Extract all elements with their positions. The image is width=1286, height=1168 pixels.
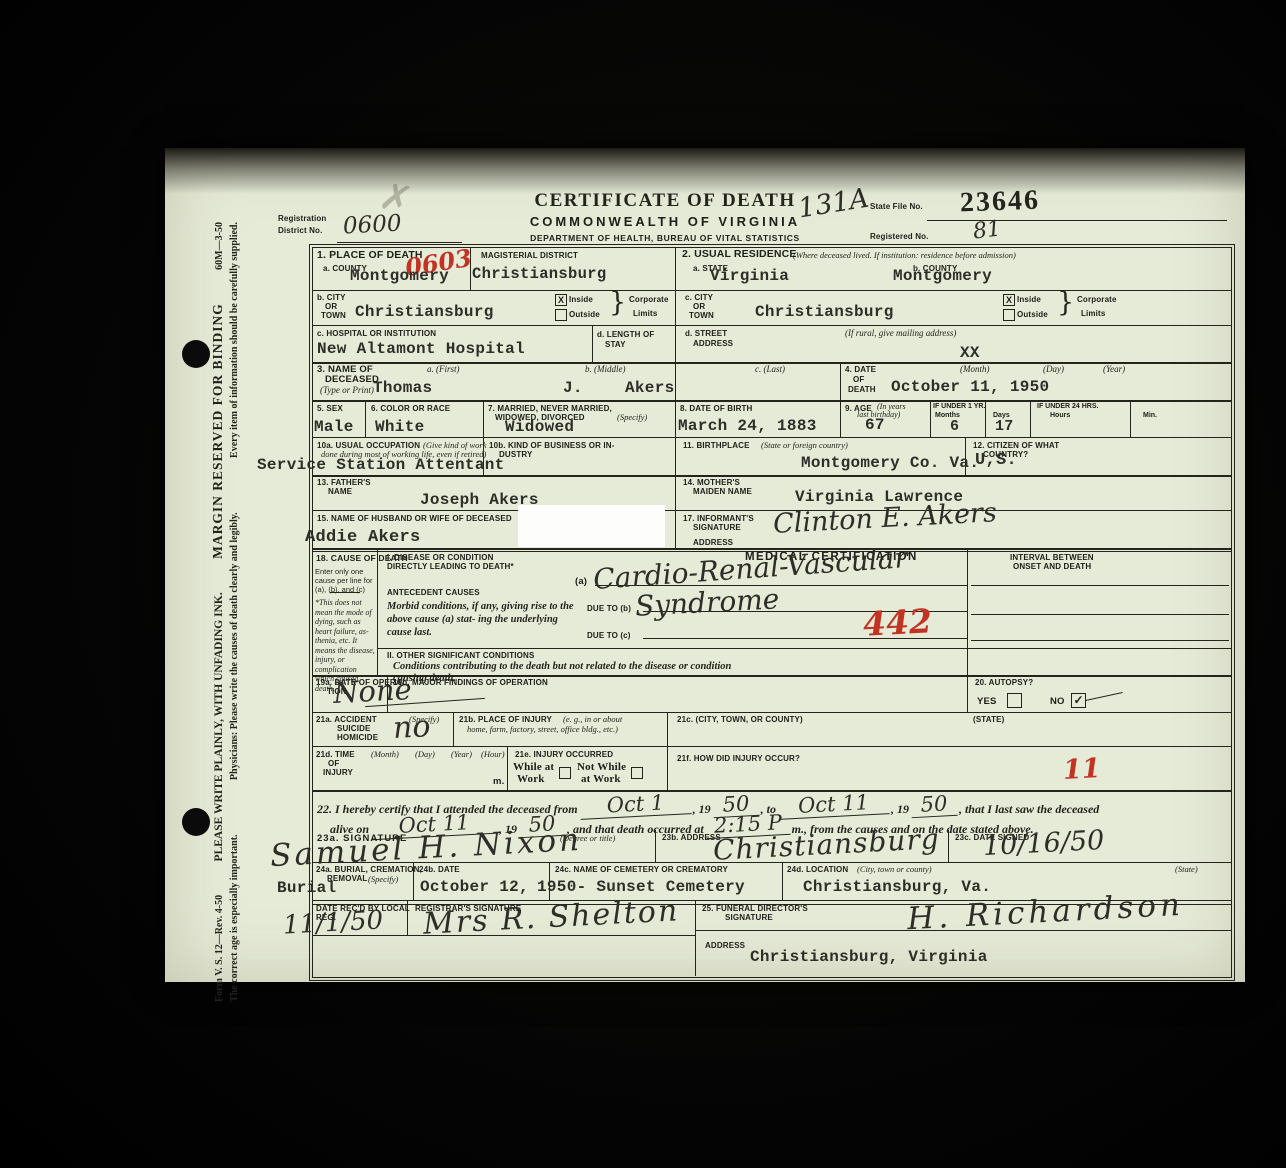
months-value: 6 — [950, 418, 959, 435]
sex-value: Male — [314, 418, 354, 436]
under-1yr-label: IF UNDER 1 YR. — [933, 403, 985, 410]
marital-value: Widowed — [505, 418, 574, 436]
hours-label: Hours — [1050, 412, 1070, 419]
place-outside-checkbox — [555, 309, 567, 321]
registration-label-1: Registration — [278, 214, 326, 223]
injury-time-label-2: OF — [328, 759, 339, 768]
due-to-c-label: DUE TO (c) — [587, 631, 631, 640]
min-label: Min. — [1143, 412, 1157, 419]
injury-time-label-3: INJURY — [323, 768, 353, 777]
injury-hour-label: (Hour) — [481, 749, 505, 759]
place-city-label-3: TOWN — [321, 311, 346, 320]
residence-city-label-2: OR — [693, 302, 705, 311]
date-received-value: 11/1/50 — [282, 905, 384, 940]
burial-location-state: (State) — [1175, 864, 1198, 874]
place-inside-checkbox: X — [555, 294, 567, 306]
death-date-value: October 11, 1950 — [891, 378, 1049, 396]
race-label: 6. COLOR OR RACE — [371, 404, 450, 413]
while-at-label-2: Work — [517, 773, 545, 785]
registration-label-2: District No. — [278, 226, 322, 235]
dob-value: March 24, 1883 — [678, 417, 817, 435]
print-code: 60M—3-50 — [214, 222, 225, 270]
autopsy-yes-label: YES — [977, 696, 996, 707]
injury-place-note-2: home, farm, factory, street, office bldg… — [467, 724, 618, 734]
last-name-label: c. (Last) — [755, 364, 785, 374]
place-outside-label: Outside — [569, 310, 600, 319]
burial-location-note: (City, town or county) — [857, 864, 932, 874]
residence-city-label-3: TOWN — [689, 311, 714, 320]
residence-corporate-label: Corporate — [1077, 295, 1117, 304]
not-while-at-work-checkbox — [631, 767, 643, 779]
length-of-stay-label-1: d. LENGTH OF — [597, 330, 654, 339]
first-name-label: a. (First) — [427, 364, 460, 374]
spouse-value: Addie Akers — [305, 528, 421, 547]
birthplace-label: 11. BIRTHPLACE — [683, 441, 750, 450]
street-label-1: d. STREET — [685, 329, 727, 338]
autopsy-yes-checkbox — [1007, 693, 1022, 708]
scan-background: Form V. S. 12—Rev. 4-50 PLEASE WRITE PLA… — [0, 0, 1286, 1168]
father-label-2: NAME — [328, 487, 352, 496]
residence-inside-label: Inside — [1017, 295, 1041, 304]
first-name-value: Thomas — [373, 379, 432, 397]
disease-label-2: DIRECTLY LEADING TO DEATH* — [387, 562, 514, 571]
citizen-value: U,S. — [975, 451, 1017, 470]
usual-residence-note: (Where deceased lived. If institution: r… — [793, 250, 1016, 260]
while-at-label-1: While at — [513, 761, 554, 773]
while-at-work-checkbox — [559, 767, 571, 779]
not-while-label-1: Not While — [577, 761, 626, 773]
days-value: 17 — [995, 418, 1014, 435]
burial-date-value: October 12, — [420, 878, 529, 896]
under-24hrs-label: IF UNDER 24 HRS. — [1037, 403, 1098, 410]
margin-binding-note: MARGIN RESERVED FOR BINDING — [210, 303, 226, 559]
certificate-paper: Form V. S. 12—Rev. 4-50 PLEASE WRITE PLA… — [165, 148, 1245, 982]
hospital-value: New Altamont Hospital — [317, 340, 525, 358]
street-value: XX — [960, 344, 980, 362]
physicians-note: Physicians: Please write the causes of d… — [229, 512, 240, 780]
length-of-stay-label-2: STAY — [605, 340, 626, 349]
accident-label-1: 21a. ACCIDENT — [316, 715, 377, 724]
occupation-value: Service Station Attentant — [257, 456, 505, 474]
write-plainly-note: PLEASE WRITE PLAINLY, WITH UNFADING INK. — [213, 592, 225, 861]
residence-brace: } — [1057, 287, 1074, 318]
place-city-value: Christiansburg — [355, 303, 494, 321]
death-day-label: (Day) — [1043, 364, 1064, 374]
informant-address-label: ADDRESS — [693, 538, 733, 547]
interval-label-1: INTERVAL BETWEEN — [1010, 553, 1094, 562]
place-inside-label: Inside — [569, 295, 593, 304]
residence-inside-checkbox: X — [1003, 294, 1015, 306]
funeral-director-label-2: SIGNATURE — [725, 913, 773, 922]
death-date-heading-1: 4. DATE — [845, 365, 876, 374]
state-file-value: 23646 — [959, 185, 1040, 220]
residence-city-label-1: c. CITY — [685, 293, 713, 302]
residence-city-value: Christiansburg — [755, 303, 894, 321]
place-city-label-1: b. CITY — [317, 293, 346, 302]
birthplace-note: (State or foreign country) — [761, 440, 848, 450]
commonwealth-subtitle: COMMONWEALTH OF VIRGINIA — [500, 214, 830, 229]
place-corporate-label: Corporate — [629, 295, 669, 304]
burial-location-label: 24d. LOCATION — [787, 865, 848, 874]
injury-place-label: 21b. PLACE OF INJURY — [459, 715, 552, 724]
injury-state-label: (STATE) — [973, 715, 1004, 724]
injury-place-note-1: (e. g., in or about — [563, 714, 622, 724]
autopsy-no-label: NO — [1050, 696, 1065, 707]
burial-date-label: 24b. DATE — [419, 865, 460, 874]
birthplace-value: Montgomery Co. Va. — [801, 454, 979, 472]
name-heading-2: DECEASED — [325, 374, 379, 385]
cemetery-label: 24c. NAME OF CEMETERY OR CREMATORY — [555, 865, 728, 874]
registered-label: Registered No. — [870, 232, 929, 241]
informant-label-2: SIGNATURE — [693, 523, 741, 532]
usual-residence-heading: 2. USUAL RESIDENCE — [682, 248, 797, 260]
citizen-label-1: 12. CITIZEN OF WHAT — [973, 441, 1059, 450]
magisterial-district-label: MAGISTERIAL DISTRICT — [481, 251, 578, 260]
marital-label-1: 7. MARRIED, NEVER MARRIED, — [488, 404, 612, 413]
scan-shadow — [165, 148, 1245, 194]
death-date-heading-3: DEATH — [848, 385, 876, 394]
residence-outside-label: Outside — [1017, 310, 1048, 319]
business-label-2: DUSTRY — [499, 450, 533, 459]
injury-m-label: m. — [493, 776, 504, 787]
street-label-2: ADDRESS — [693, 339, 733, 348]
injury-city-label: 21c. (CITY, TOWN, OR COUNTY) — [677, 715, 803, 724]
how-injury-label: 21f. HOW DID INJURY OCCUR? — [677, 754, 800, 763]
spouse-label: 15. NAME OF HUSBAND OR WIFE OF DECEASED — [317, 514, 512, 523]
funeral-director-address-label: ADDRESS — [705, 941, 745, 950]
not-while-label-2: at Work — [581, 773, 621, 785]
accident-value: no — [392, 709, 431, 746]
form-ref: Form V. S. 12—Rev. 4-50 — [214, 895, 225, 1002]
death-month-label: (Month) — [960, 364, 990, 374]
name-heading-3: (Type or Print) — [320, 385, 374, 395]
magisterial-district-value: Christiansburg — [472, 265, 606, 283]
sex-label: 5. SEX — [317, 404, 343, 413]
other-conditions-label: II. OTHER SIGNIFICANT CONDITIONS — [387, 651, 534, 660]
age-value: 67 — [865, 416, 885, 434]
accident-label-3: HOMICIDE — [337, 733, 378, 742]
registered-value: 81 — [972, 216, 1003, 244]
department-subtitle: DEPARTMENT OF HEALTH, BUREAU OF VITAL ST… — [500, 233, 830, 243]
redaction-box — [518, 505, 665, 547]
binding-margin: Form V. S. 12—Rev. 4-50 PLEASE WRITE PLA… — [193, 222, 257, 1002]
place-city-label-2: OR — [325, 302, 337, 311]
place-limits-label: Limits — [633, 309, 657, 318]
antecedent-label: ANTECEDENT CAUSES — [387, 588, 480, 597]
street-note: (If rural, give mailing address) — [845, 328, 956, 338]
residence-outside-checkbox — [1003, 309, 1015, 321]
residence-limits-label: Limits — [1081, 309, 1105, 318]
burial-location-value: Christiansburg, Va. — [803, 878, 991, 896]
burial-specify-label: (Specify) — [368, 874, 398, 884]
cause-a-label: (a) — [575, 576, 587, 587]
hospital-label: c. HOSPITAL OR INSTITUTION — [317, 329, 436, 338]
cemetery-value: 1950- Sunset Cemetery — [537, 878, 745, 896]
dob-label: 8. DATE OF BIRTH — [680, 404, 752, 413]
age-note: The correct age is especially important. — [229, 834, 240, 1002]
death-year-label: (Year) — [1103, 364, 1125, 374]
burial-label-1: 24a. BURIAL, CREMATION, — [316, 865, 422, 874]
race-value: White — [375, 418, 425, 436]
disease-label-1: I. DISEASE OR CONDITION — [387, 553, 494, 562]
marital-specify-label: (Specify) — [617, 412, 647, 422]
operation-findings-label: 19b. MAJOR FINDINGS OF OPERATION — [393, 678, 548, 687]
red-mark-11: 11 — [1062, 753, 1101, 786]
injury-occurred-label: 21e. INJURY OCCURRED — [515, 750, 613, 759]
funeral-director-address-value: Christiansburg, Virginia — [750, 948, 988, 966]
cause-note-1: Enter only one cause per line for (a), (… — [315, 567, 375, 594]
injury-year-label: (Year) — [451, 749, 472, 759]
state-file-label: State File No. — [870, 202, 923, 211]
autopsy-no-checkbox: ✓ — [1071, 693, 1086, 708]
due-to-b-label: DUE TO (b) — [587, 604, 631, 613]
mother-label-1: 14. MOTHER'S — [683, 478, 740, 487]
injury-time-label-1: 21d. TIME — [316, 750, 355, 759]
residence-state-value: Virginia — [710, 267, 789, 285]
injury-day-label: (Day) — [415, 749, 435, 759]
supplied-note: Every item of information should be care… — [229, 222, 240, 458]
father-label-1: 13. FATHER'S — [317, 478, 371, 487]
residence-county-value: Montgomery — [893, 267, 992, 285]
cause-code-stamp: 442 — [862, 601, 933, 644]
date-signed-value: 10/16/50 — [982, 825, 1105, 862]
mother-label-2: MAIDEN NAME — [693, 487, 752, 496]
middle-name-label: b. (Middle) — [585, 364, 626, 374]
place-brace: } — [609, 287, 626, 318]
middle-name-value: J. — [563, 379, 583, 397]
place-county-value: Montgomery — [350, 267, 449, 285]
certificate-title: CERTIFICATE OF DEATH — [500, 190, 830, 212]
death-date-heading-2: OF — [853, 375, 864, 384]
interval-label-2: ONSET AND DEATH — [1013, 562, 1091, 571]
burial-value: Burial — [277, 879, 336, 897]
injury-month-label: (Month) — [371, 749, 399, 759]
morbid-note: Morbid conditions, if any, giving rise t… — [387, 600, 585, 639]
funeral-director-label-1: 25. FUNERAL DIRECTOR'S — [702, 904, 808, 913]
last-name-value: Akers — [625, 379, 675, 397]
autopsy-label: 20. AUTOPSY? — [975, 678, 1033, 687]
business-label-1: 10b. KIND OF BUSINESS OR IN- — [489, 441, 615, 450]
informant-label-1: 17. INFORMANT'S — [683, 514, 754, 523]
accident-label-2: SUICIDE — [337, 724, 371, 733]
